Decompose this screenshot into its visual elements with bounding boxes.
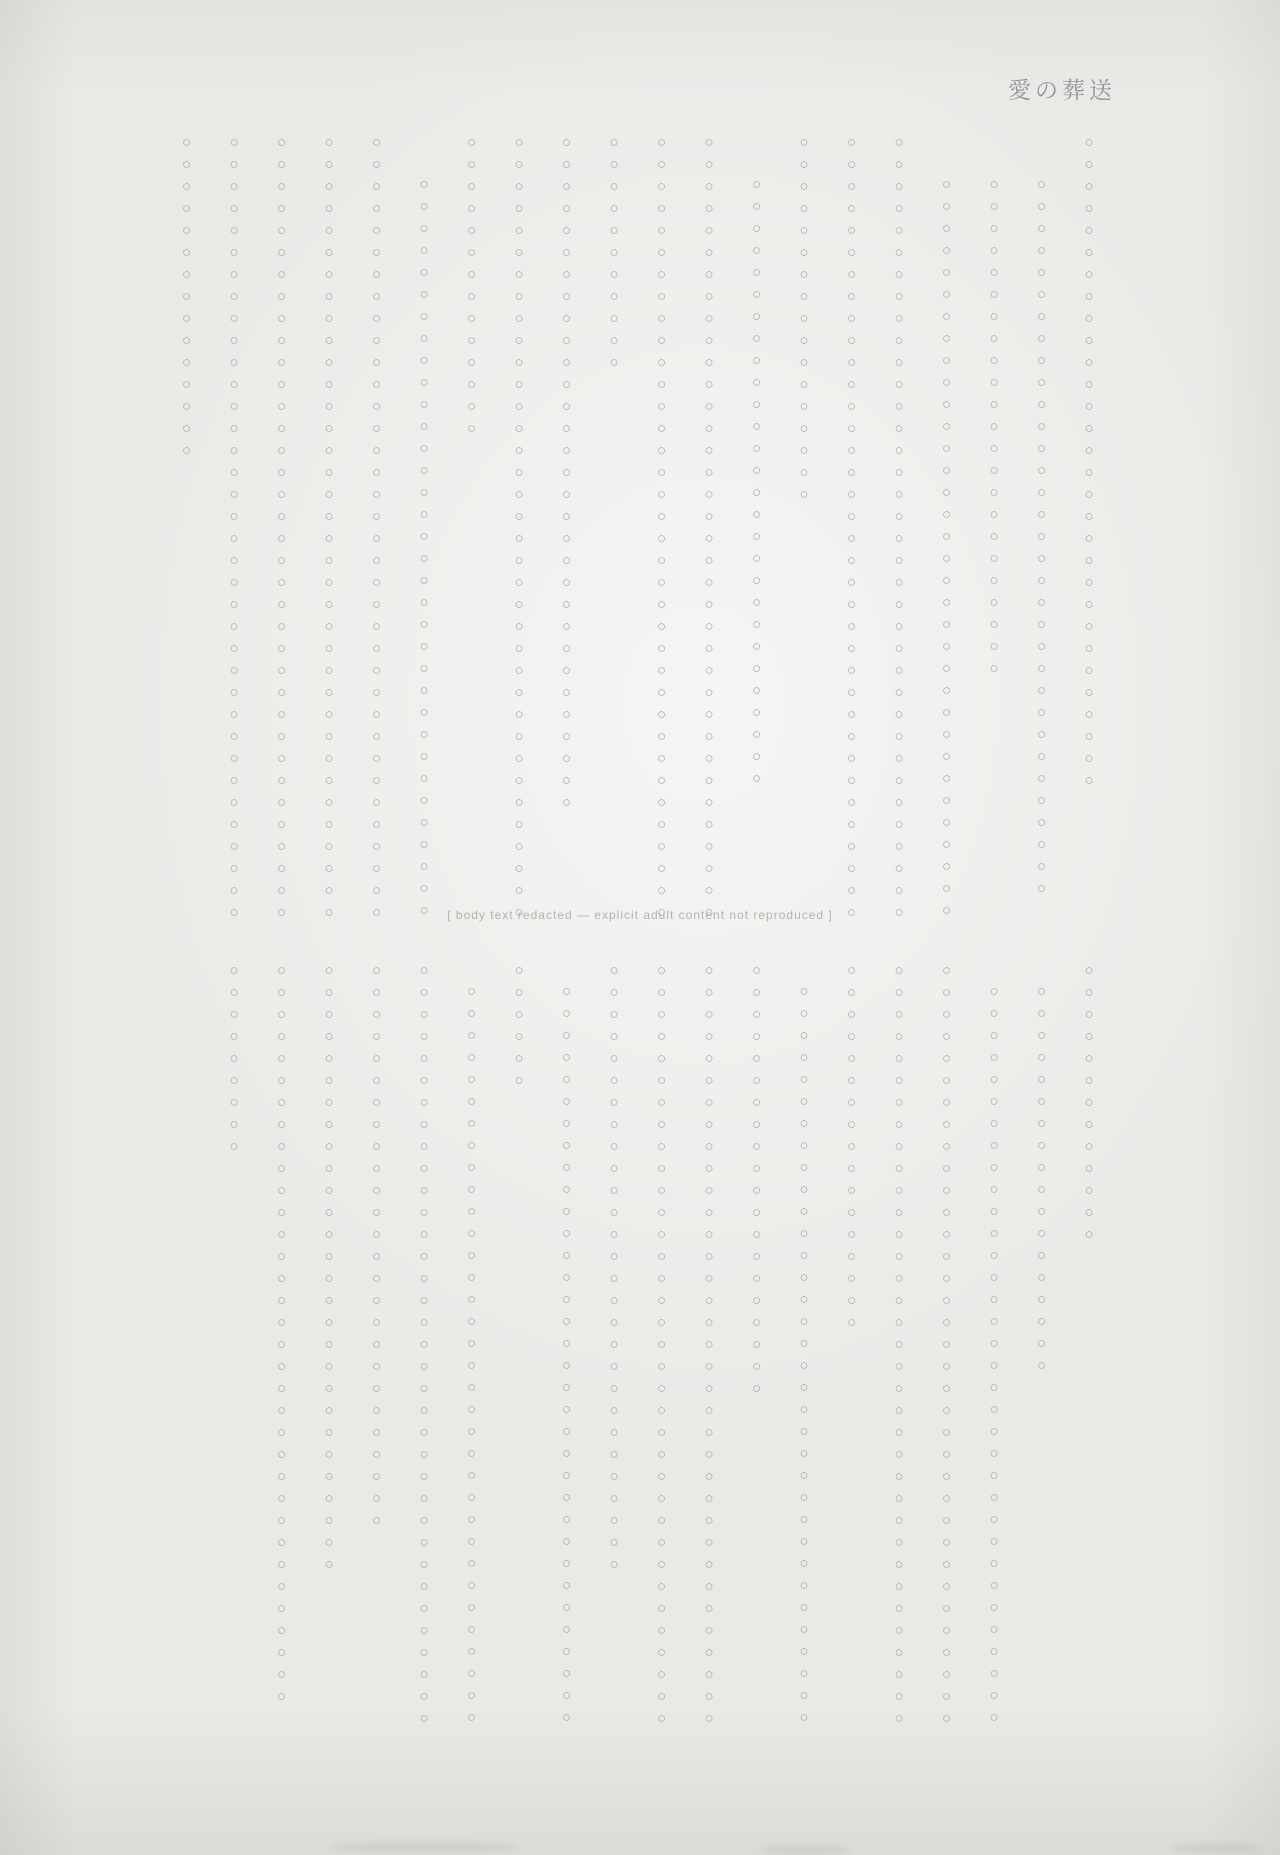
text-column: ○○○○○○○○○○○○○○○○○○○○○○○○○○○○○○○○○○○○: [698, 135, 719, 927]
text-column: ○○○○○○○○○○○○○○○○○○○○○○○○○○○○○○○○○: [1031, 177, 1052, 903]
text-column: ○○○○○○: [508, 963, 529, 1095]
text-column: ○○○○○○○○○○○○○○○○○○○○○○○○○○○○○○○○○○○: [698, 963, 719, 1733]
scan-artifact: [330, 1842, 520, 1852]
text-column: ○○○○○○○○○○○○○○○○○○○○○○○○○○○○○○○○○○○○: [366, 135, 387, 927]
text-column: ○○○○○○○○○○○: [603, 135, 624, 377]
page-title: 愛の葬送: [1008, 72, 1112, 105]
scan-artifact: [760, 1845, 850, 1855]
text-column: ○○○○○○○○○○○○○○: [461, 135, 482, 443]
redaction-notice: [ body text redacted — explicit adult co…: [447, 908, 833, 922]
text-column: ○○○○○○○○○○○○○: [1078, 963, 1099, 1249]
text-column: ○○○○○○○○○○○○○○○: [176, 135, 197, 465]
text-column: ○○○○○○○○○○○○○○○○○○○○○○○○○○○○○○○○○○○○: [841, 135, 862, 927]
text-column: ○○○○○○○○○○○○○○○○○○○○○○○○○○○○○○○○○○○: [936, 963, 957, 1733]
text-column: ○○○○○○○○○○○○○○○○○○○○○○○○○○○○○○○○○○○: [888, 963, 909, 1733]
text-column: ○○○○○○○○○○○○○○○○○○○○○○○○○○○○○○○○○○○: [413, 963, 434, 1733]
text-column: ○○○○○○○○○○○○○○○○○○○○○○○: [983, 177, 1004, 683]
text-column: ○○○○○○○○○○○○○○○○○○○○○○○○○○○○: [746, 177, 767, 793]
text-column: ○○○○○○○○○○○○○○○○○○○○○○○○○○○○○○○○○○○○: [318, 135, 339, 927]
text-column: ○○○○○○○○○: [223, 963, 244, 1161]
text-column: ○○○○○○○○○○○○○○○○○○○○○○○○○○○○○○○: [556, 135, 577, 817]
text-column: ○○○○○○○○○○○○○○○○○○○○○○○○○○○○○○○○○○: [461, 984, 482, 1732]
scan-artifact: [1170, 1843, 1260, 1853]
text-column: ○○○○○○○○○○○○○○○○○○○○○○○○○○○○○○○○○○: [413, 177, 434, 925]
text-column: ○○○○○○○○○○○○○○○○○○○○○○○○○○: [366, 963, 387, 1535]
text-column: ○○○○○○○○○○○○○○○○○○○○○○○○○○○○○○○○○○○○: [888, 135, 909, 927]
text-column: ○○○○○○○○○○○○○○○○○○○○○○○○○○○○○○○○○○○○: [651, 135, 672, 927]
text-column: ○○○○○○○○○○○○○○○○○○○○○○○○○○○○○○○○○○: [271, 963, 292, 1711]
text-column: ○○○○○○○○○○○○○○○○○○○○○○○○○○○○○○○○○○○○: [271, 135, 292, 927]
text-column: ○○○○○○○○○○○○○○○○○○○○○○○○○○○○○○○○○○: [983, 984, 1004, 1732]
text-column: ○○○○○○○○○○○○○○○○○: [841, 963, 862, 1337]
text-column: ○○○○○○○○○○○○○○○○○○○○○○○○○○○○○○: [1078, 135, 1099, 795]
text-column: ○○○○○○○○○○○○○○○○○○○○: [746, 963, 767, 1403]
text-column: ○○○○○○○○○○○○○○○○○○○○○○○○○○○○○○○○○○○: [651, 963, 672, 1733]
text-column: ○○○○○○○○○○○○○○○○○○○○○○○○○○○○: [318, 963, 339, 1579]
text-column: ○○○○○○○○○○○○○○○○○○○○○○○○○○○○○○○○○○○○: [508, 135, 529, 927]
text-column: ○○○○○○○○○○○○○○○○○○○○○○○○○○○○○○○○○○: [556, 984, 577, 1732]
text-column: ○○○○○○○○○○○○○○○○○○○○○○○○○○○○○○○○○○: [793, 984, 814, 1732]
text-column: ○○○○○○○○○○○○○○○○○○○○○○○○○○○○○○○○○○○○: [223, 135, 244, 927]
text-column: ○○○○○○○○○○○○○○○○○○○○○○○○○○○○○○○○○○: [936, 177, 957, 925]
text-column: ○○○○○○○○○○○○○○○○○: [793, 135, 814, 509]
text-column: ○○○○○○○○○○○○○○○○○○○○○○○○○○○○: [603, 963, 624, 1579]
text-column: ○○○○○○○○○○○○○○○○○○: [1031, 984, 1052, 1380]
